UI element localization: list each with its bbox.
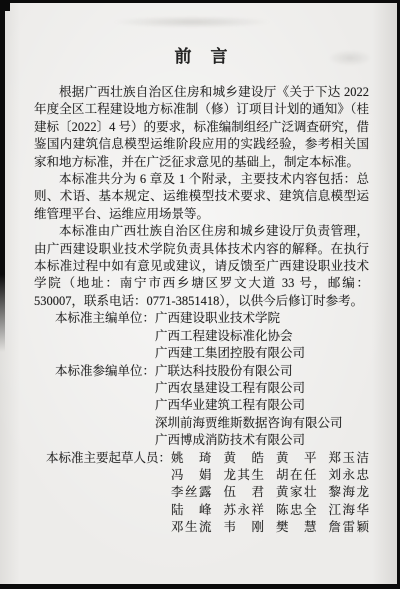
drafters-label: 本标准主要起草人员：: [46, 450, 171, 467]
drafter-name: 刘永忠: [329, 467, 370, 484]
drafter-name: 伍君: [224, 484, 265, 501]
scan-border-top: [0, 0, 400, 3]
co-editor-section: 本标准参编单位： 广联达科技股份有限公司广西农垦建设工程有限公司广西华业建筑工程…: [34, 363, 369, 450]
co-editor-org-list: 广联达科技股份有限公司广西农垦建设工程有限公司广西华业建筑工程有限公司深圳前海贾…: [155, 363, 369, 450]
drafter-row: 李丝露伍君黄家壮黎海龙: [171, 484, 369, 501]
preface-paragraph: 根据广西壮族自治区住房和城乡建设厅《关于下达 2022 年度全区工程建设地方标准…: [34, 84, 369, 171]
drafter-name: 樊慧: [276, 519, 317, 536]
drafter-name: 胡在任: [276, 467, 317, 484]
drafter-name: 江海华: [329, 502, 370, 519]
drafter-name: 李丝露: [171, 484, 212, 501]
drafter-name: 詹雷颖: [329, 519, 370, 536]
drafter-name: 郑玉洁: [329, 450, 370, 467]
scan-border-left: [0, 0, 5, 352]
drafter-name: 陆峰: [171, 502, 212, 519]
preface-paragraph: 本标准共分为 6 章及 1 个附录，主要技术内容包括：总则、术语、基本规定、运维…: [34, 171, 369, 223]
organization-name: 广联达科技股份有限公司: [155, 363, 369, 380]
drafter-row: 邓生流韦刚樊慧詹雷颖: [171, 519, 369, 536]
organization-name: 广西建设职业技术学院: [155, 310, 369, 327]
scan-border-bottom: [0, 584, 400, 589]
chief-editor-label: 本标准主编单位：: [55, 310, 155, 327]
scan-smudge: [112, 16, 272, 28]
drafter-name: 韦刚: [224, 519, 265, 536]
scanned-document-page: 前 言 根据广西壮族自治区住房和城乡建设厅《关于下达 2022 年度全区工程建设…: [0, 0, 400, 589]
organization-name: 广西工程建设标准化协会: [155, 328, 369, 345]
drafter-name: 冯娟: [171, 467, 212, 484]
organization-name: 广西农垦建设工程有限公司: [155, 380, 369, 397]
organization-name: 广西华业建筑工程有限公司: [155, 397, 369, 414]
preface-paragraph: 本标准由广西壮族自治区住房和城乡建设厅负责管理，由广西建设职业技术学院负责具体技…: [34, 223, 369, 310]
drafter-name: 龙其生: [224, 467, 265, 484]
drafter-row: 陆峰苏永祥陈忠全江海华: [171, 502, 369, 519]
preface-content: 前 言 根据广西壮族自治区住房和城乡建设厅《关于下达 2022 年度全区工程建设…: [34, 44, 369, 537]
drafter-name: 邓生流: [171, 519, 212, 536]
drafter-row: 姚琦黄皓黄平郑玉洁: [171, 450, 369, 467]
drafter-name: 苏永祥: [224, 502, 265, 519]
preface-paragraphs: 根据广西壮族自治区住房和城乡建设厅《关于下达 2022 年度全区工程建设地方标准…: [34, 84, 369, 310]
organization-name: 深圳前海贾维斯数据咨询有限公司: [155, 415, 369, 432]
drafter-name: 黎海龙: [329, 484, 370, 501]
chief-editor-section: 本标准主编单位： 广西建设职业技术学院广西工程建设标准化协会广西建工集团控股有限…: [34, 310, 369, 362]
organization-name: 广西博成消防技术有限公司: [155, 432, 369, 449]
drafter-name: 黄家壮: [276, 484, 317, 501]
chief-editor-org-list: 广西建设职业技术学院广西工程建设标准化协会广西建工集团控股有限公司: [155, 310, 369, 362]
drafter-name: 姚琦: [171, 450, 212, 467]
organization-name: 广西建工集团控股有限公司: [155, 345, 369, 362]
page-title: 前 言: [34, 44, 369, 70]
drafter-name: 黄平: [276, 450, 317, 467]
co-editor-label: 本标准参编单位：: [55, 363, 155, 380]
drafter-name: 陈忠全: [276, 502, 317, 519]
drafters-section: 本标准主要起草人员： 姚琦黄皓黄平郑玉洁冯娟龙其生胡在任刘永忠李丝露伍君黄家壮黎…: [34, 450, 369, 537]
drafter-row: 冯娟龙其生胡在任刘永忠: [171, 467, 369, 484]
drafter-name: 黄皓: [224, 450, 265, 467]
drafter-rows: 姚琦黄皓黄平郑玉洁冯娟龙其生胡在任刘永忠李丝露伍君黄家壮黎海龙陆峰苏永祥陈忠全江…: [171, 450, 369, 537]
